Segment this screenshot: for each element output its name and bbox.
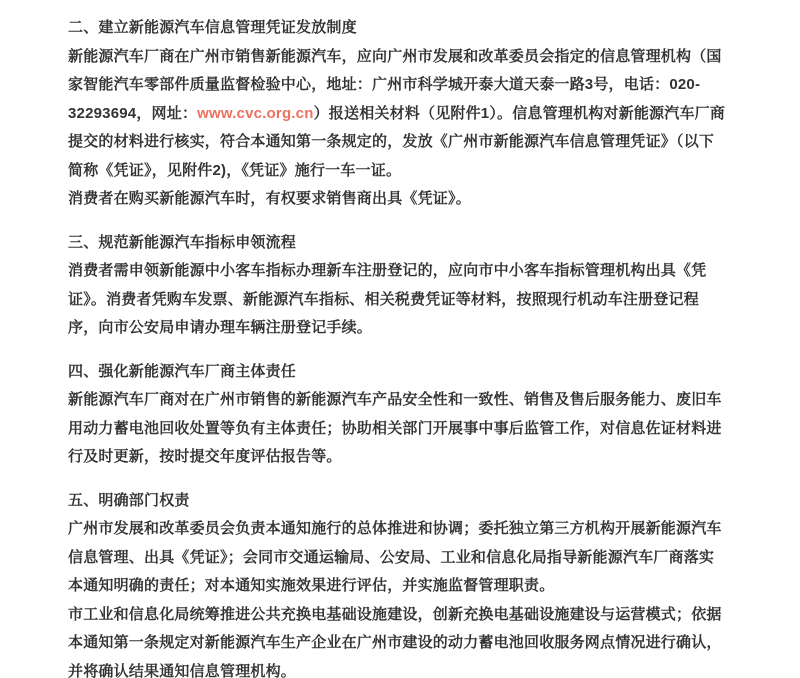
page: { "page": { "background": "#ffffff", "te… bbox=[0, 0, 800, 678]
text-segment: 序，向市公安局申请办理车辆注册登记手续。 bbox=[68, 319, 372, 336]
section-manufacturer-responsibility: 四、强化新能源汽车厂商主体责任 新能源汽车厂商对在广州市销售的新能源汽车产品安全… bbox=[68, 358, 760, 472]
text-line: 简称《凭证》，见附件2)，《凭证》施行一车一证。 bbox=[68, 157, 760, 186]
section-heading: 四、强化新能源汽车厂商主体责任 bbox=[68, 358, 760, 387]
text-segment: 并将确认结果通知信息管理机构。 bbox=[68, 663, 296, 678]
text-line: 行及时更新，按时提交年度评估报告等。 bbox=[68, 443, 760, 472]
text-line: 广州市发展和改革委员会负责本通知施行的总体推进和协调；委托独立第三方机构开展新能… bbox=[68, 515, 760, 544]
section-body: 新能源汽车厂商对在广州市销售的新能源汽车产品安全性和一致性、销售及售后服务能力、… bbox=[68, 386, 760, 472]
text-segment: 本通知第一条规定对新能源汽车生产企业在广州市建设的动力蓄电池回收服务网点情况进行… bbox=[68, 634, 722, 651]
text-segment: 新能源汽车厂商在广州市销售新能源汽车，应向广州市发展和改革委员会指定的信息管理机… bbox=[68, 48, 722, 65]
text-line: 用动力蓄电池回收处置等负有主体责任；协助相关部门开展事中事后监管工作，对信息佐证… bbox=[68, 415, 760, 444]
text-line: 消费者在购买新能源汽车时，有权要求销售商出具《凭证》。 bbox=[68, 185, 760, 214]
text-segment: 证》。消费者凭购车发票、新能源汽车指标、相关税费凭证等材料，按照现行机动车注册登… bbox=[68, 291, 699, 308]
text-line: 本通知第一条规定对新能源汽车生产企业在广州市建设的动力蓄电池回收服务网点情况进行… bbox=[68, 629, 760, 658]
text-segment: 32293694，网址： bbox=[68, 105, 197, 122]
text-line: 消费者需申领新能源中小客车指标办理新车注册登记的，应向市中小客车指标管理机构出具… bbox=[68, 257, 760, 286]
text-segment: 市工业和信息化局统筹推进公共充换电基础设施建设，创新充换电基础设施建设与运营模式… bbox=[68, 606, 722, 623]
website-link[interactable]: www.cvc.org.cn bbox=[197, 105, 313, 122]
text-line: 市工业和信息化局统筹推进公共充换电基础设施建设，创新充换电基础设施建设与运营模式… bbox=[68, 601, 760, 630]
text-segment: 消费者在购买新能源汽车时，有权要求销售商出具《凭证》。 bbox=[68, 190, 471, 207]
text-segment: 家智能汽车零部件质量监督检验中心，地址：广州市科学城开泰大道天泰一路3号，电话：… bbox=[68, 76, 700, 93]
section-body: 消费者需申领新能源中小客车指标办理新车注册登记的，应向市中小客车指标管理机构出具… bbox=[68, 257, 760, 343]
text-segment: 信息管理、出具《凭证》；会同市交通运输局、公安局、工业和信息化局指导新能源汽车厂… bbox=[68, 549, 714, 566]
section-heading: 三、规范新能源汽车指标申领流程 bbox=[68, 229, 760, 258]
text-segment: 行及时更新，按时提交年度评估报告等。 bbox=[68, 448, 342, 465]
section-heading: 五、明确部门权责 bbox=[68, 487, 760, 516]
text-line: 家智能汽车零部件质量监督检验中心，地址：广州市科学城开泰大道天泰一路3号，电话：… bbox=[68, 71, 760, 100]
text-line: 并将确认结果通知信息管理机构。 bbox=[68, 658, 760, 678]
section-department-duties: 五、明确部门权责 广州市发展和改革委员会负责本通知施行的总体推进和协调；委托独立… bbox=[68, 487, 760, 678]
text-segment: 用动力蓄电池回收处置等负有主体责任；协助相关部门开展事中事后监管工作，对信息佐证… bbox=[68, 420, 722, 437]
text-line: 序，向市公安局申请办理车辆注册登记手续。 bbox=[68, 314, 760, 343]
section-heading: 二、建立新能源汽车信息管理凭证发放制度 bbox=[68, 14, 760, 43]
section-credential-issuance: 二、建立新能源汽车信息管理凭证发放制度 新能源汽车厂商在广州市销售新能源汽车，应… bbox=[68, 14, 760, 214]
text-line: 证》。消费者凭购车发票、新能源汽车指标、相关税费凭证等材料，按照现行机动车注册登… bbox=[68, 286, 760, 315]
section-body: 新能源汽车厂商在广州市销售新能源汽车，应向广州市发展和改革委员会指定的信息管理机… bbox=[68, 43, 760, 214]
section-indicator-application: 三、规范新能源汽车指标申领流程 消费者需申领新能源中小客车指标办理新车注册登记的… bbox=[68, 229, 760, 343]
text-segment: 广州市发展和改革委员会负责本通知施行的总体推进和协调；委托独立第三方机构开展新能… bbox=[68, 520, 722, 537]
text-segment: ）报送相关材料（见附件1）。信息管理机构对新能源汽车厂商 bbox=[314, 105, 725, 122]
text-line: 32293694，网址：www.cvc.org.cn）报送相关材料（见附件1）。… bbox=[68, 100, 760, 129]
text-segment: 提交的材料进行核实，符合本通知第一条规定的，发放《广州市新能源汽车信息管理凭证》… bbox=[68, 133, 714, 150]
text-segment: 消费者需申领新能源中小客车指标办理新车注册登记的，应向市中小客车指标管理机构出具… bbox=[68, 262, 706, 279]
text-line: 信息管理、出具《凭证》；会同市交通运输局、公安局、工业和信息化局指导新能源汽车厂… bbox=[68, 544, 760, 573]
text-line: 新能源汽车厂商在广州市销售新能源汽车，应向广州市发展和改革委员会指定的信息管理机… bbox=[68, 43, 760, 72]
text-line: 本通知明确的责任；对本通知实施效果进行评估，并实施监督管理职责。 bbox=[68, 572, 760, 601]
text-segment: 本通知明确的责任；对本通知实施效果进行评估，并实施监督管理职责。 bbox=[68, 577, 554, 594]
text-segment: 简称《凭证》，见附件2)，《凭证》施行一车一证。 bbox=[68, 162, 401, 179]
section-body: 广州市发展和改革委员会负责本通知施行的总体推进和协调；委托独立第三方机构开展新能… bbox=[68, 515, 760, 678]
text-segment: 新能源汽车厂商对在广州市销售的新能源汽车产品安全性和一致性、销售及售后服务能力、… bbox=[68, 391, 722, 408]
notice-document: 二、建立新能源汽车信息管理凭证发放制度 新能源汽车厂商在广州市销售新能源汽车，应… bbox=[0, 0, 800, 678]
text-line: 提交的材料进行核实，符合本通知第一条规定的，发放《广州市新能源汽车信息管理凭证》… bbox=[68, 128, 760, 157]
text-line: 新能源汽车厂商对在广州市销售的新能源汽车产品安全性和一致性、销售及售后服务能力、… bbox=[68, 386, 760, 415]
